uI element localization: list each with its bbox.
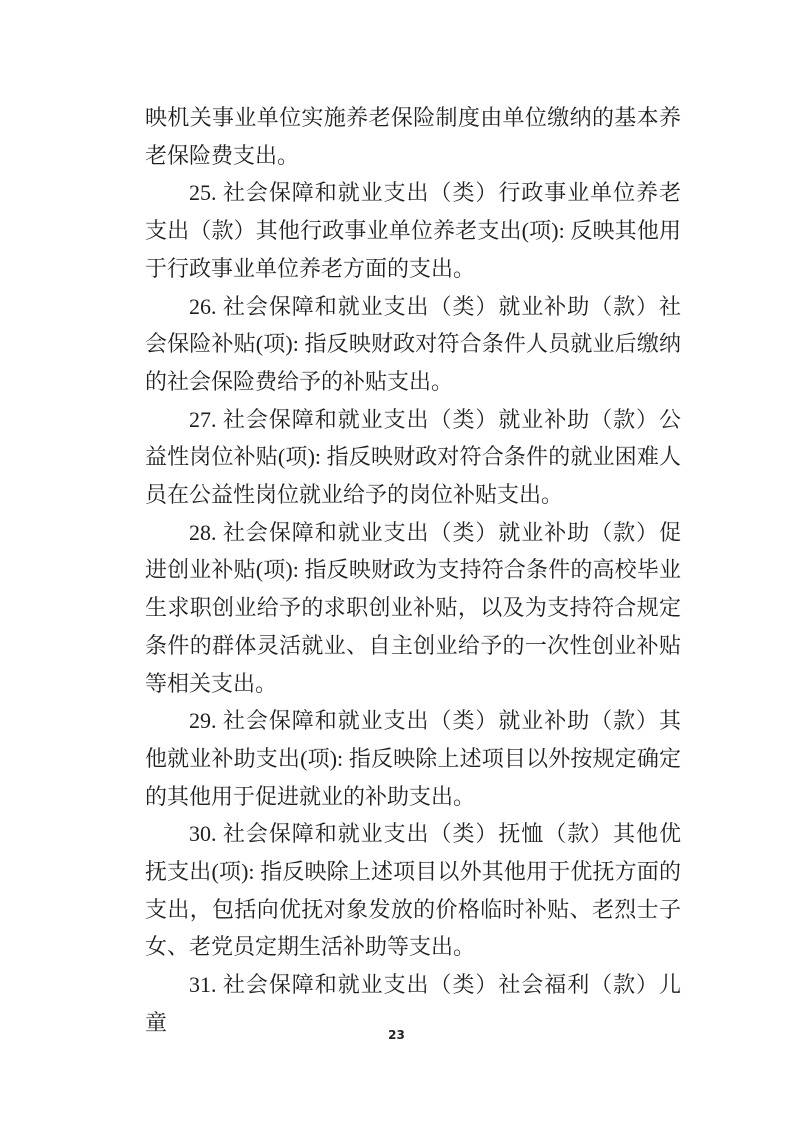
paragraph: 25. 社会保障和就业支出（类）行政事业单位养老支出（款）其他行政事业单位养老支… (145, 174, 681, 287)
paragraph: 27. 社会保障和就业支出（类）就业补助（款）公益性岗位补贴(项): 指反映财政… (145, 401, 681, 514)
page-footer: 23 (0, 1026, 793, 1044)
document-page: 映机关事业单位实施养老保险制度由单位缴纳的基本养老保险费支出。25. 社会保障和… (0, 0, 793, 1122)
paragraph: 26. 社会保障和就业支出（类）就业补助（款）社会保险补贴(项): 指反映财政对… (145, 288, 681, 401)
paragraph: 映机关事业单位实施养老保险制度由单位缴纳的基本养老保险费支出。 (145, 99, 681, 174)
paragraph: 30. 社会保障和就业支出（类）抚恤（款）其他优抚支出(项): 指反映除上述项目… (145, 815, 681, 966)
document-body: 映机关事业单位实施养老保险制度由单位缴纳的基本养老保险费支出。25. 社会保障和… (145, 99, 681, 1042)
paragraph: 28. 社会保障和就业支出（类）就业补助（款）促进创业补贴(项): 指反映财政为… (145, 514, 681, 703)
page-number: 23 (388, 1028, 405, 1042)
paragraph: 29. 社会保障和就业支出（类）就业补助（款）其他就业补助支出(项): 指反映除… (145, 702, 681, 815)
